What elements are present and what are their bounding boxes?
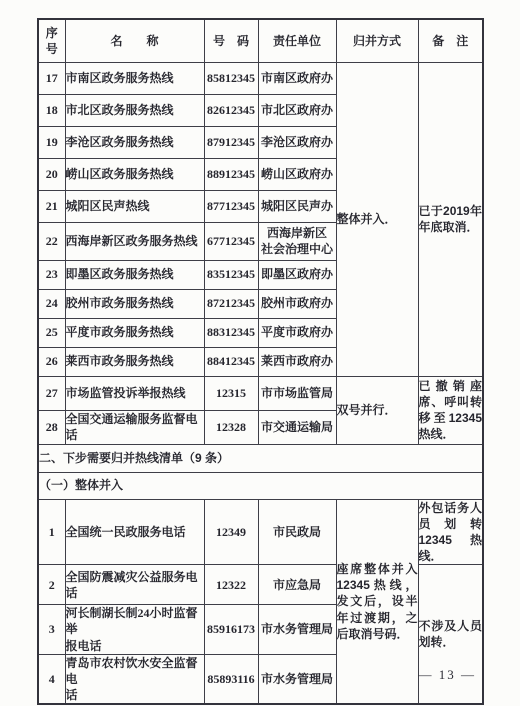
name-cell: 平度市政务服务热线 — [65, 318, 204, 347]
unit-cell: 市交通运输局 — [258, 410, 336, 444]
serial-cell: 4 — [38, 654, 65, 704]
merge-method-cell: 座席整体并入12345热线，发文后，设半年过渡期，之后取消号码． — [336, 499, 418, 704]
name-cell: 西海岸新区政务服务热线 — [65, 222, 204, 260]
name-cell: 青岛市农村饮水安全监督电 话 — [65, 654, 204, 704]
name-cell: 河长制湖长制24小时监督举 报电话 — [65, 605, 204, 655]
code-cell: 12322 — [204, 565, 258, 605]
serial-cell: 20 — [38, 158, 65, 190]
code-cell: 83512345 — [204, 260, 258, 289]
unit-cell: 市应急局 — [258, 565, 336, 605]
code-cell: 12315 — [204, 376, 258, 410]
code-cell: 88312345 — [204, 318, 258, 347]
name-cell: 全国交通运输服务监督电话 — [65, 410, 204, 444]
code-cell: 82612345 — [204, 94, 258, 126]
header-code: 号 码 — [204, 19, 258, 62]
name-cell: 市场监管投诉举报热线 — [65, 376, 204, 410]
unit-cell: 市水务管理局 — [258, 654, 336, 704]
hotline-table: 序 号 名 称 号 码 责任单位 归并方式 备 注 17 市南区政务服务热线 8… — [37, 18, 484, 705]
code-cell: 87712345 — [204, 190, 258, 222]
remark-cell: 已撤销座席、呼叫转移至12345热线． — [418, 376, 483, 444]
table-row: 27 市场监管投诉举报热线 12315 市市场监管局 双号并行． 已撤销座席、呼… — [38, 376, 483, 410]
merge-method-cell: 双号并行． — [336, 376, 418, 444]
section2-title-row: 二、下步需要归并热线清单（9 条） — [38, 444, 483, 472]
subsection1-title: （一）整体并入 — [38, 472, 483, 499]
unit-cell: 即墨区政府办 — [258, 260, 336, 289]
code-cell: 85916173 — [204, 605, 258, 655]
unit-cell: 莱西市政府办 — [258, 347, 336, 376]
subsection-title-row: （一）整体并入 — [38, 472, 483, 499]
serial-cell: 22 — [38, 222, 65, 260]
code-cell: 88912345 — [204, 158, 258, 190]
remark-cell: 不涉及人员划转． — [418, 565, 483, 705]
code-cell: 12328 — [204, 410, 258, 444]
name-cell: 莱西市政务服务热线 — [65, 347, 204, 376]
serial-cell: 19 — [38, 126, 65, 158]
header-name: 名 称 — [65, 19, 204, 62]
serial-cell: 18 — [38, 94, 65, 126]
unit-cell: 市水务管理局 — [258, 605, 336, 655]
unit-cell: 市民政局 — [258, 499, 336, 565]
serial-cell: 3 — [38, 605, 65, 655]
serial-cell: 21 — [38, 190, 65, 222]
unit-cell: 市南区政府办 — [258, 62, 336, 94]
unit-cell: 市北区政府办 — [258, 94, 336, 126]
remark-cell: 外包话务人员划转12345热线． — [418, 499, 483, 565]
code-cell: 87912345 — [204, 126, 258, 158]
unit-cell: 胶州市政府办 — [258, 289, 336, 318]
code-cell: 85893116 — [204, 654, 258, 704]
header-note: 备 注 — [418, 19, 483, 62]
serial-cell: 28 — [38, 410, 65, 444]
name-cell: 市南区政务服务热线 — [65, 62, 204, 94]
unit-cell: 平度市政府办 — [258, 318, 336, 347]
merge-method-cell: 整体并入． — [336, 62, 418, 376]
header-unit: 责任单位 — [258, 19, 336, 62]
name-cell: 即墨区政务服务热线 — [65, 260, 204, 289]
code-cell: 88412345 — [204, 347, 258, 376]
table-row: 1 全国统一民政服务电话 12349 市民政局 座席整体并入12345热线，发文… — [38, 499, 483, 565]
name-cell: 崂山区政务服务热线 — [65, 158, 204, 190]
code-cell: 85812345 — [204, 62, 258, 94]
table-header-row: 序 号 名 称 号 码 责任单位 归并方式 备 注 — [38, 19, 483, 62]
name-cell: 城阳区民声热线 — [65, 190, 204, 222]
code-cell: 12349 — [204, 499, 258, 565]
name-cell: 李沧区政务服务热线 — [65, 126, 204, 158]
document-page: 序 号 名 称 号 码 责任单位 归并方式 备 注 17 市南区政务服务热线 8… — [0, 0, 520, 706]
table-row: 17 市南区政务服务热线 85812345 市南区政府办 整体并入． 已于201… — [38, 62, 483, 94]
page-number: — 13 — — [419, 667, 477, 683]
name-cell: 全国统一民政服务电话 — [65, 499, 204, 565]
unit-cell: 西海岸新区 社会治理中心 — [258, 222, 336, 260]
name-cell: 全国防震减灾公益服务电话 — [65, 565, 204, 605]
section2-title: 二、下步需要归并热线清单（9 条） — [38, 444, 483, 472]
serial-cell: 27 — [38, 376, 65, 410]
header-method: 归并方式 — [336, 19, 418, 62]
unit-cell: 李沧区政府办 — [258, 126, 336, 158]
code-cell: 87212345 — [204, 289, 258, 318]
serial-cell: 26 — [38, 347, 65, 376]
unit-cell: 城阳区民声办 — [258, 190, 336, 222]
code-cell: 67712345 — [204, 222, 258, 260]
header-serial: 序 号 — [38, 19, 65, 62]
serial-cell: 25 — [38, 318, 65, 347]
unit-cell: 崂山区政府办 — [258, 158, 336, 190]
serial-cell: 17 — [38, 62, 65, 94]
name-cell: 胶州市政务服务热线 — [65, 289, 204, 318]
serial-cell: 24 — [38, 289, 65, 318]
remark-cell: 已于2019年年底取消． — [418, 62, 483, 376]
name-cell: 市北区政务服务热线 — [65, 94, 204, 126]
unit-cell: 市市场监管局 — [258, 376, 336, 410]
serial-cell: 1 — [38, 499, 65, 565]
serial-cell: 2 — [38, 565, 65, 605]
serial-cell: 23 — [38, 260, 65, 289]
